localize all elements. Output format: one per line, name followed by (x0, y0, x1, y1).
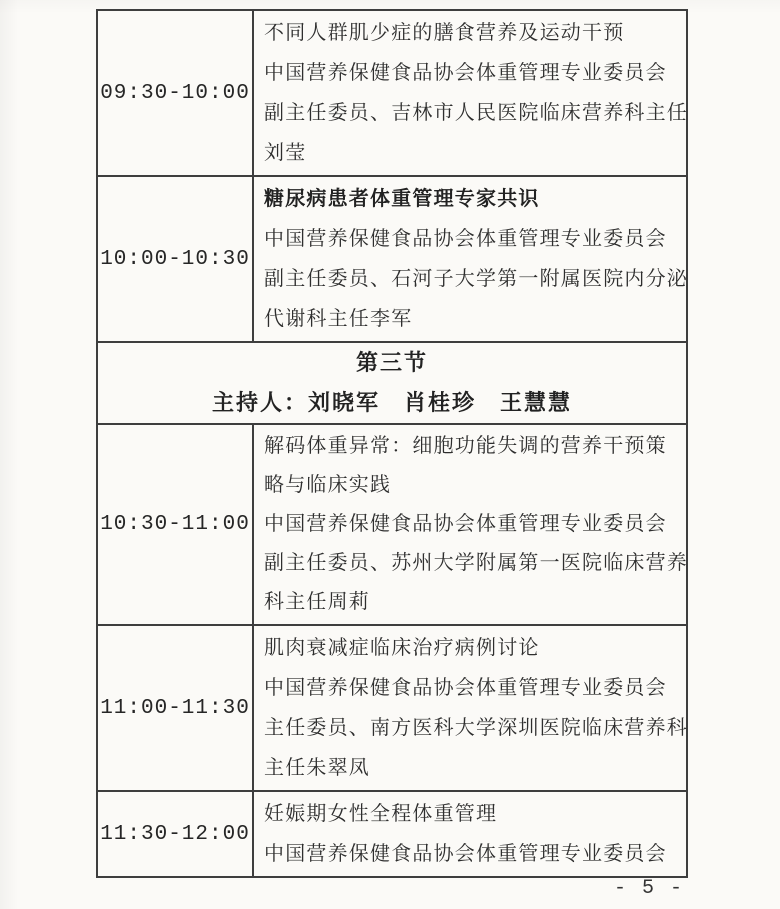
table-row: 10:00-10:30 糖尿病患者体重管理专家共识 中国营养保健食品协会体重管理… (97, 176, 687, 342)
moderator-line: 主持人：刘晓军 肖桂珍 王慧慧 (98, 383, 686, 423)
speaker-affiliation: 中国营养保健食品协会体重管理专业委员会 (264, 668, 682, 708)
session-cell: 肌肉衰减症临床治疗病例讨论 中国营养保健食品协会体重管理专业委员会 主任委员、南… (253, 625, 687, 791)
session-title: 妊娠期女性全程体重管理 (264, 794, 682, 834)
session-title: 糖尿病患者体重管理专家共识 (264, 179, 682, 219)
section-title: 第三节 (98, 343, 686, 383)
time-slot: 11:30-12:00 (97, 791, 253, 877)
document-page: { "colors": { "paper": "#fbfaf7", "table… (0, 0, 780, 909)
speaker-name: 科主任周莉 (264, 583, 682, 622)
time-slot: 11:00-11:30 (97, 625, 253, 791)
speaker-affiliation: 中国营养保健食品协会体重管理专业委员会 (264, 834, 682, 874)
speaker-name: 刘莹 (264, 133, 682, 173)
session-cell: 解码体重异常：细胞功能失调的营养干预策 略与临床实践 中国营养保健食品协会体重管… (253, 424, 687, 625)
session-title: 不同人群肌少症的膳食营养及运动干预 (264, 13, 682, 53)
speaker-affiliation: 副主任委员、吉林市人民医院临床营养科主任 (264, 93, 682, 133)
section-header-cell: 第三节 主持人：刘晓军 肖桂珍 王慧慧 (97, 342, 687, 424)
table-row: 11:30-12:00 妊娠期女性全程体重管理 中国营养保健食品协会体重管理专业… (97, 791, 687, 877)
speaker-affiliation: 中国营养保健食品协会体重管理专业委员会 (264, 219, 682, 259)
session-title-continued: 略与临床实践 (264, 466, 682, 505)
schedule-table: 09:30-10:00 不同人群肌少症的膳食营养及运动干预 中国营养保健食品协会… (96, 9, 688, 878)
speaker-affiliation: 中国营养保健食品协会体重管理专业委员会 (264, 53, 682, 93)
session-title: 解码体重异常：细胞功能失调的营养干预策 (264, 427, 682, 466)
session-cell: 糖尿病患者体重管理专家共识 中国营养保健食品协会体重管理专业委员会 副主任委员、… (253, 176, 687, 342)
speaker-name: 主任朱翠凤 (264, 748, 682, 788)
session-cell: 妊娠期女性全程体重管理 中国营养保健食品协会体重管理专业委员会 (253, 791, 687, 877)
speaker-affiliation: 副主任委员、石河子大学第一附属医院内分泌 (264, 259, 682, 299)
table-row: 11:00-11:30 肌肉衰减症临床治疗病例讨论 中国营养保健食品协会体重管理… (97, 625, 687, 791)
page-number: - 5 - (614, 877, 684, 900)
time-slot: 10:30-11:00 (97, 424, 253, 625)
section-header-row: 第三节 主持人：刘晓军 肖桂珍 王慧慧 (97, 342, 687, 424)
speaker-affiliation: 中国营养保健食品协会体重管理专业委员会 (264, 505, 682, 544)
time-slot: 09:30-10:00 (97, 10, 253, 176)
session-cell: 不同人群肌少症的膳食营养及运动干预 中国营养保健食品协会体重管理专业委员会 副主… (253, 10, 687, 176)
speaker-affiliation: 主任委员、南方医科大学深圳医院临床营养科 (264, 708, 682, 748)
table-row: 09:30-10:00 不同人群肌少症的膳食营养及运动干预 中国营养保健食品协会… (97, 10, 687, 176)
speaker-affiliation: 副主任委员、苏州大学附属第一医院临床营养 (264, 544, 682, 583)
table-row: 10:30-11:00 解码体重异常：细胞功能失调的营养干预策 略与临床实践 中… (97, 424, 687, 625)
time-slot: 10:00-10:30 (97, 176, 253, 342)
speaker-name: 代谢科主任李军 (264, 299, 682, 339)
session-title: 肌肉衰减症临床治疗病例讨论 (264, 628, 682, 668)
